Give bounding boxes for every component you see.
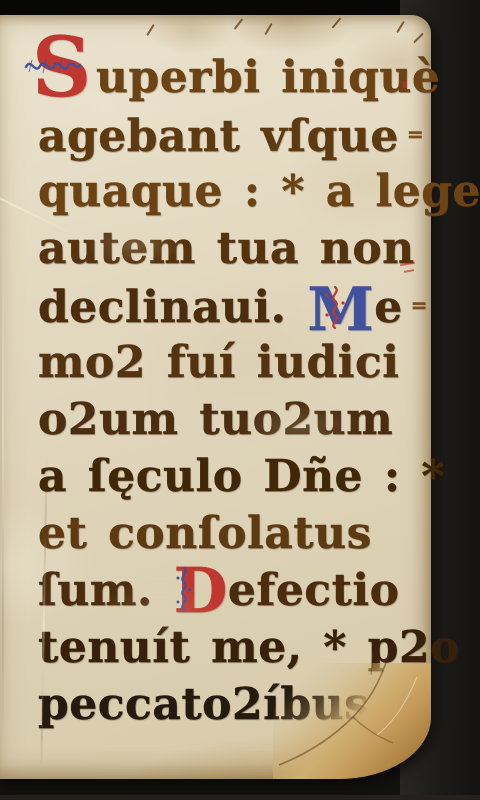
text-segment: uperbi iniquè: [96, 52, 440, 103]
text-segment: a ſęculo Dñe : *: [38, 451, 445, 502]
text-segment: ſum.: [38, 565, 174, 616]
pen-hairline: [413, 33, 424, 44]
line-filler-mark: =: [411, 293, 427, 317]
text-segment: efectio: [228, 565, 400, 616]
text-segment: peccato2íbus: [38, 679, 369, 730]
initial-letter: S: [32, 20, 92, 116]
text-segment: et conſolatus: [38, 508, 372, 559]
text-segment: o2um tuo2um: [38, 394, 393, 445]
illuminated-initial-s: S: [32, 27, 92, 109]
text-line-3: quaque : * a lege: [38, 163, 425, 220]
pen-hairline: [234, 18, 244, 29]
text-line-8: a ſęculo Dñe : *: [38, 448, 425, 505]
pen-hairline: [264, 23, 272, 35]
pen-hairline: [396, 21, 405, 33]
initial-letter: M: [307, 275, 374, 345]
text-line-10: ſum. D efectio: [38, 562, 425, 619]
text-line-1: S uperbi iniquè: [38, 49, 425, 106]
text-line-4: autem tua non: [38, 220, 425, 277]
vertical-crease: [2, 235, 4, 739]
text-segment: e: [374, 282, 403, 333]
pen-hairline: [332, 17, 342, 28]
text-block: S uperbi iniquè agebant vſque= quaque : …: [38, 49, 425, 733]
text-line-2: agebant vſque=: [38, 106, 425, 163]
text-line-7: o2um tuo2um: [38, 391, 425, 448]
illuminated-initial-m: M: [307, 275, 374, 345]
line-filler-mark: =: [407, 122, 423, 146]
text-line-9: et conſolatus: [38, 505, 425, 562]
manuscript-photo: { "document": { "type": "illuminated man…: [0, 0, 480, 800]
text-segment: declinaui.: [38, 282, 307, 333]
text-segment: tenuít me, * p2o: [38, 622, 460, 673]
text-segment: agebant vſque: [38, 111, 399, 162]
text-line-12: peccato2íbus: [38, 676, 425, 733]
manuscript-page: S uperbi iniquè agebant vſque= quaque : …: [0, 15, 431, 779]
initial-letter: D: [174, 554, 228, 627]
text-segment: autem tua non: [38, 223, 415, 274]
illuminated-initial-d: D: [174, 554, 228, 627]
text-line-5: declinaui. M e=: [38, 277, 425, 334]
text-segment: quaque : * a lege: [38, 166, 480, 217]
pen-hairline: [146, 24, 155, 36]
photo-background-bottom-strip: [0, 795, 480, 800]
red-ink-speck: [402, 81, 407, 88]
text-line-11: tenuít me, * p2o: [38, 619, 425, 676]
